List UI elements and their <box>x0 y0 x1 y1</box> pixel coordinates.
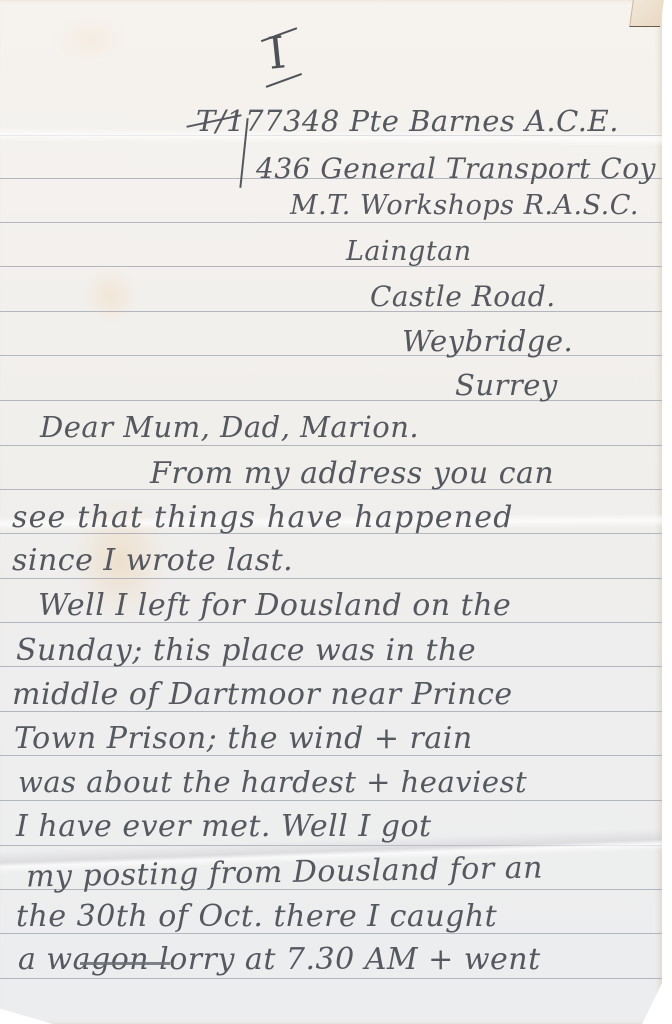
body-line: Town Prison; the wind + rain <box>14 721 473 756</box>
body-line: was about the hardest + heaviest <box>18 765 527 799</box>
address-line-house: Laingtan <box>346 236 472 267</box>
address-line-workshops: M.T. Workshops R.A.S.C. <box>290 190 639 221</box>
address-line-service-number: T/177348 Pte Barnes A.C.E. <box>196 104 619 138</box>
body-line: a wagon lorry at 7.30 AM + went <box>18 942 541 977</box>
ruled-line <box>0 845 662 846</box>
address-line-unit: 436 General Transport Coy <box>256 152 656 185</box>
body-line: since I wrote last. <box>12 543 293 578</box>
salutation: Dear Mum, Dad, Marion. <box>40 410 419 444</box>
body-line: the 30th of Oct. there I caught <box>16 899 497 934</box>
body-line: middle of Dartmoor near Prince <box>12 677 513 712</box>
ruled-line <box>0 978 662 979</box>
ruled-line <box>0 445 662 446</box>
body-line: From my address you can <box>150 456 554 491</box>
ruled-line <box>0 800 662 801</box>
address-line-town: Weybridge. <box>402 324 573 358</box>
body-line: I have ever met. Well I got <box>16 809 432 844</box>
ruled-line <box>0 578 662 579</box>
scanned-letter-page: I T/177348 Pte Barnes A.C.E. 436 General… <box>0 0 672 1024</box>
address-line-road: Castle Road. <box>370 280 556 313</box>
body-line: Well I left for Dousland on the <box>38 588 511 623</box>
body-line: Sunday; this place was in the <box>16 633 476 668</box>
strikethrough-mark <box>80 962 170 965</box>
body-line: see that things have happened <box>12 500 514 535</box>
ruled-line <box>0 266 662 267</box>
ruled-line <box>0 311 662 312</box>
address-line-county: Surrey <box>455 368 558 402</box>
folded-corner <box>629 0 664 27</box>
ruled-line <box>0 222 662 223</box>
ruled-line <box>0 400 662 401</box>
